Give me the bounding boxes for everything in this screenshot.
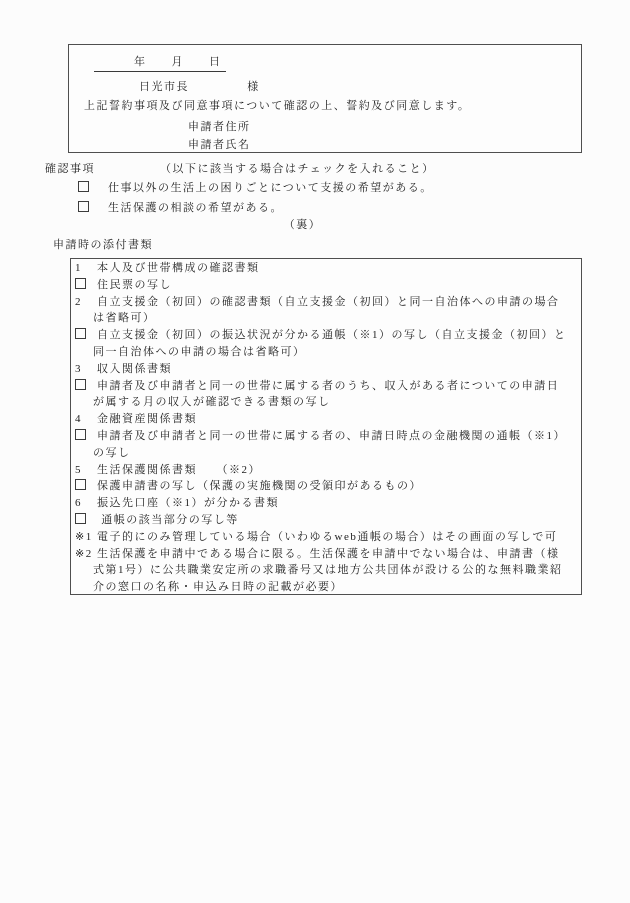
attachment-text: 生活保護を申請中である場合に限る。生活保護を申請中でない場合は、申請書（様式第1… <box>93 548 563 594</box>
checkbox-cell <box>75 327 97 344</box>
attachment-category: 4金融資産関係書類 <box>71 411 581 428</box>
attachment-check-item: 通帳の該当部分の写し等 <box>71 512 581 529</box>
attachment-category: 3収入関係書類 <box>71 361 581 378</box>
checkbox-cell <box>75 512 97 529</box>
attachment-category: 6振込先口座（※1）が分かる書類 <box>71 495 581 512</box>
confirmation-section: 確認事項（以下に該当する場合はチェックを入れること） 仕事以外の生活上の困りごと… <box>0 161 630 218</box>
confirmation-item: 仕事以外の生活上の困りごとについて支援の希望がある。 <box>0 179 630 198</box>
attachment-text: 電子的にのみ管理している場合（いわゆるweb通帳の場合）はその画面の写しで可 <box>97 531 557 543</box>
attachment-check-item: 自立支援金（初回）の振込状況が分かる通帳（※1）の写し（自立支援金（初回）と同一… <box>71 327 581 361</box>
attachment-text: 金融資産関係書類 <box>97 413 197 425</box>
note-marker: ※2 <box>75 546 97 563</box>
checkbox[interactable] <box>75 278 86 289</box>
date-line: 年 月 日 <box>94 54 581 72</box>
attachment-text: 自立支援金（初回）の確認書類（自立支援金（初回）と同一自治体への申請の場合は省略… <box>93 296 560 325</box>
attachments-heading: 申請時の添付書類 <box>53 238 153 252</box>
attachment-text: 本人及び世帯構成の確認書類 <box>97 262 260 274</box>
confirmation-heading-line: 確認事項（以下に該当する場合はチェックを入れること） <box>0 161 630 178</box>
checkbox-cell <box>75 478 97 495</box>
checkbox-cell <box>75 277 97 294</box>
checkbox[interactable] <box>75 429 86 440</box>
document-page: 年 月 日 日光市長 様 上記誓約事項及び同意事項について確認の上、誓約及び同意… <box>0 0 630 903</box>
attachment-check-item: 申請者及び申請者と同一の世帯に属する者の、申請日時点の金融機関の通帳（※1）の写… <box>71 428 581 462</box>
checkbox[interactable] <box>75 328 86 339</box>
attachment-text: 収入関係書類 <box>97 363 172 375</box>
applicant-name-label: 申請者氏名 <box>188 137 581 153</box>
oath-statement: 上記誓約事項及び同意事項について確認の上、誓約及び同意します。 <box>84 98 581 114</box>
honorific: 様 <box>247 81 260 93</box>
checkbox[interactable] <box>75 479 86 490</box>
checkbox[interactable] <box>78 201 89 212</box>
confirmation-heading: 確認事項 <box>45 161 160 178</box>
attachment-text: 住民票の写し <box>97 279 172 291</box>
item-number: 4 <box>75 411 97 428</box>
attachment-check-item: 住民票の写し <box>71 277 581 294</box>
oath-box: 年 月 日 日光市長 様 上記誓約事項及び同意事項について確認の上、誓約及び同意… <box>68 44 582 153</box>
attachment-text: 生活保護関係書類 （※2） <box>97 464 261 476</box>
attachment-check-item: 保護申請書の写し（保護の実施機関の受領印があるもの） <box>71 478 581 495</box>
checkbox[interactable] <box>75 513 86 524</box>
applicant-address-label: 申請者住所 <box>188 119 581 135</box>
checkbox-cell <box>75 378 97 395</box>
addressee-line: 日光市長 様 <box>139 79 581 95</box>
attachment-category: 2自立支援金（初回）の確認書類（自立支援金（初回）と同一自治体への申請の場合は省… <box>71 294 581 328</box>
attachment-text: 自立支援金（初回）の振込状況が分かる通帳（※1）の写し（自立支援金（初回）と同一… <box>93 329 567 358</box>
attachment-text: 通帳の該当部分の写し等 <box>97 514 239 526</box>
note-marker: ※1 <box>75 529 97 546</box>
checkbox-cell <box>75 428 97 445</box>
attachment-text: 振込先口座（※1）が分かる書類 <box>97 497 279 509</box>
page-side-marker: （裏） <box>0 217 630 233</box>
item-number: 6 <box>75 495 97 512</box>
checkbox[interactable] <box>78 181 89 192</box>
attachment-text: 申請者及び申請者と同一の世帯に属する者の、申請日時点の金融機関の通帳（※1）の写… <box>93 430 566 459</box>
attachment-category: 1本人及び世帯構成の確認書類 <box>71 260 581 277</box>
confirmation-instruction: （以下に該当する場合はチェックを入れること） <box>160 163 435 175</box>
confirmation-item-label: 仕事以外の生活上の困りごとについて支援の希望がある。 <box>108 182 433 194</box>
confirmation-item-label: 生活保護の相談の希望がある。 <box>108 202 283 214</box>
attachment-note: ※2生活保護を申請中である場合に限る。生活保護を申請中でない場合は、申請書（様式… <box>71 546 581 596</box>
attachment-text: 申請者及び申請者と同一の世帯に属する者のうち、収入がある者についての申請日が属す… <box>93 380 559 409</box>
item-number: 1 <box>75 260 97 277</box>
attachments-list: 1本人及び世帯構成の確認書類住民票の写し2自立支援金（初回）の確認書類（自立支援… <box>70 258 582 595</box>
addressee: 日光市長 <box>139 81 189 93</box>
attachment-text: 保護申請書の写し（保護の実施機関の受領印があるもの） <box>97 480 422 492</box>
confirmation-item: 生活保護の相談の希望がある。 <box>0 199 630 218</box>
date-field[interactable]: 年 月 日 <box>94 54 226 72</box>
checkbox[interactable] <box>75 379 86 390</box>
item-number: 3 <box>75 361 97 378</box>
item-number: 5 <box>75 462 97 479</box>
attachment-note: ※1電子的にのみ管理している場合（いわゆるweb通帳の場合）はその画面の写しで可 <box>71 529 581 546</box>
attachment-category: 5生活保護関係書類 （※2） <box>71 462 581 479</box>
item-number: 2 <box>75 294 97 311</box>
attachment-check-item: 申請者及び申請者と同一の世帯に属する者のうち、収入がある者についての申請日が属す… <box>71 378 581 412</box>
